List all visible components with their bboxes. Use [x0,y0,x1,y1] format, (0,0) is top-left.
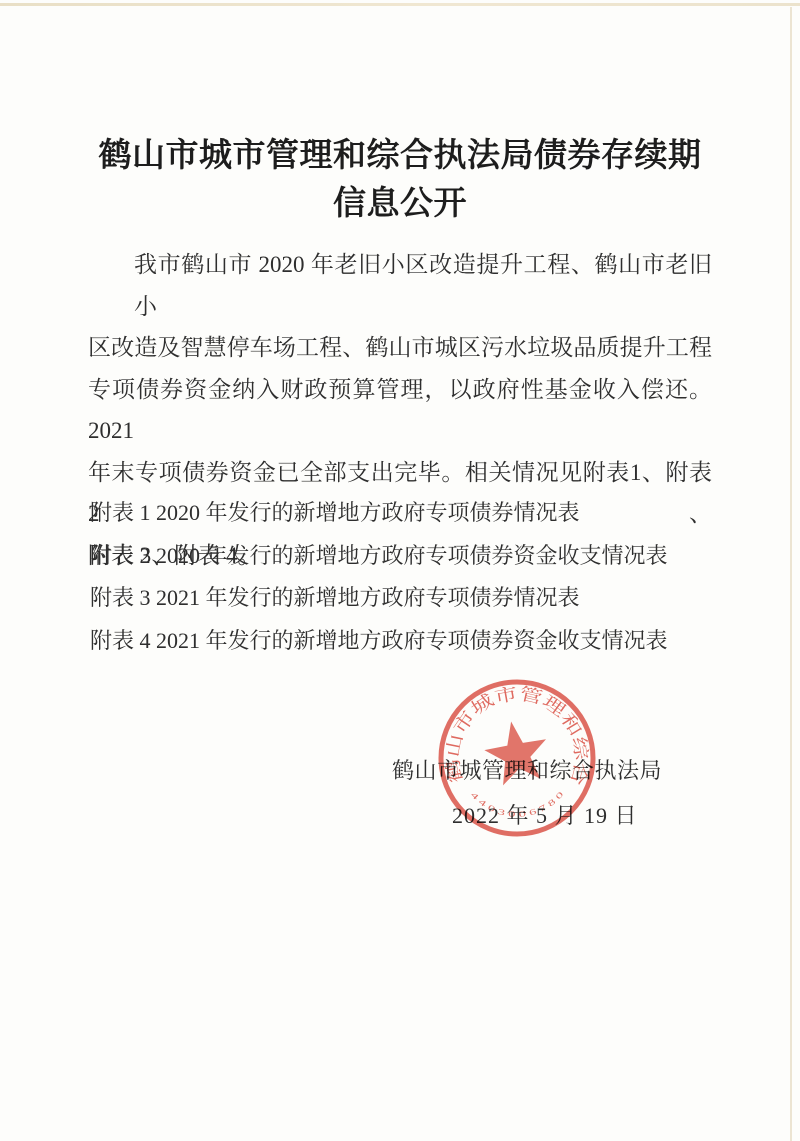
svg-text:4403006780: 4403006780 [469,787,568,819]
body-line: 专项债券资金纳入财政预算管理，以政府性基金收入偿还。2021 [88,369,712,452]
scan-top-edge-line [0,3,800,6]
body-line: 区改造及智慧停车场工程、鹤山市城区污水垃圾品质提升工程 [88,327,712,369]
scanned-document-page: 鹤山市城市管理和综合执法局债券存续期 信息公开 我市鹤山市 2020 年老旧小区… [0,0,800,1141]
official-seal-stamp: 鹤山市城市管理和综合执法局 4403006780 [436,677,598,839]
attachment-item: 附表 3 2021 年发行的新增地方政府专项债券情况表 [90,577,730,620]
seal-code-digits: 4403006780 [469,787,568,819]
attachment-item: 附表 1 2020 年发行的新增地方政府专项债券情况表 [90,492,730,535]
attachment-item: 附表 2 2020 年发行的新增地方政府专项债券资金收支情况表 [90,535,730,578]
document-title: 鹤山市城市管理和综合执法局债券存续期 信息公开 [0,132,800,228]
attachment-item: 附表 4 2021 年发行的新增地方政府专项债券资金收支情况表 [90,620,730,663]
seal-star [480,716,552,787]
title-line-1: 鹤山市城市管理和综合执法局债券存续期 [0,132,800,180]
attachment-list: 附表 1 2020 年发行的新增地方政府专项债券情况表 附表 2 2020 年发… [90,492,730,662]
title-line-2: 信息公开 [0,180,800,228]
body-line: 我市鹤山市 2020 年老旧小区改造提升工程、鹤山市老旧小 [88,244,712,327]
